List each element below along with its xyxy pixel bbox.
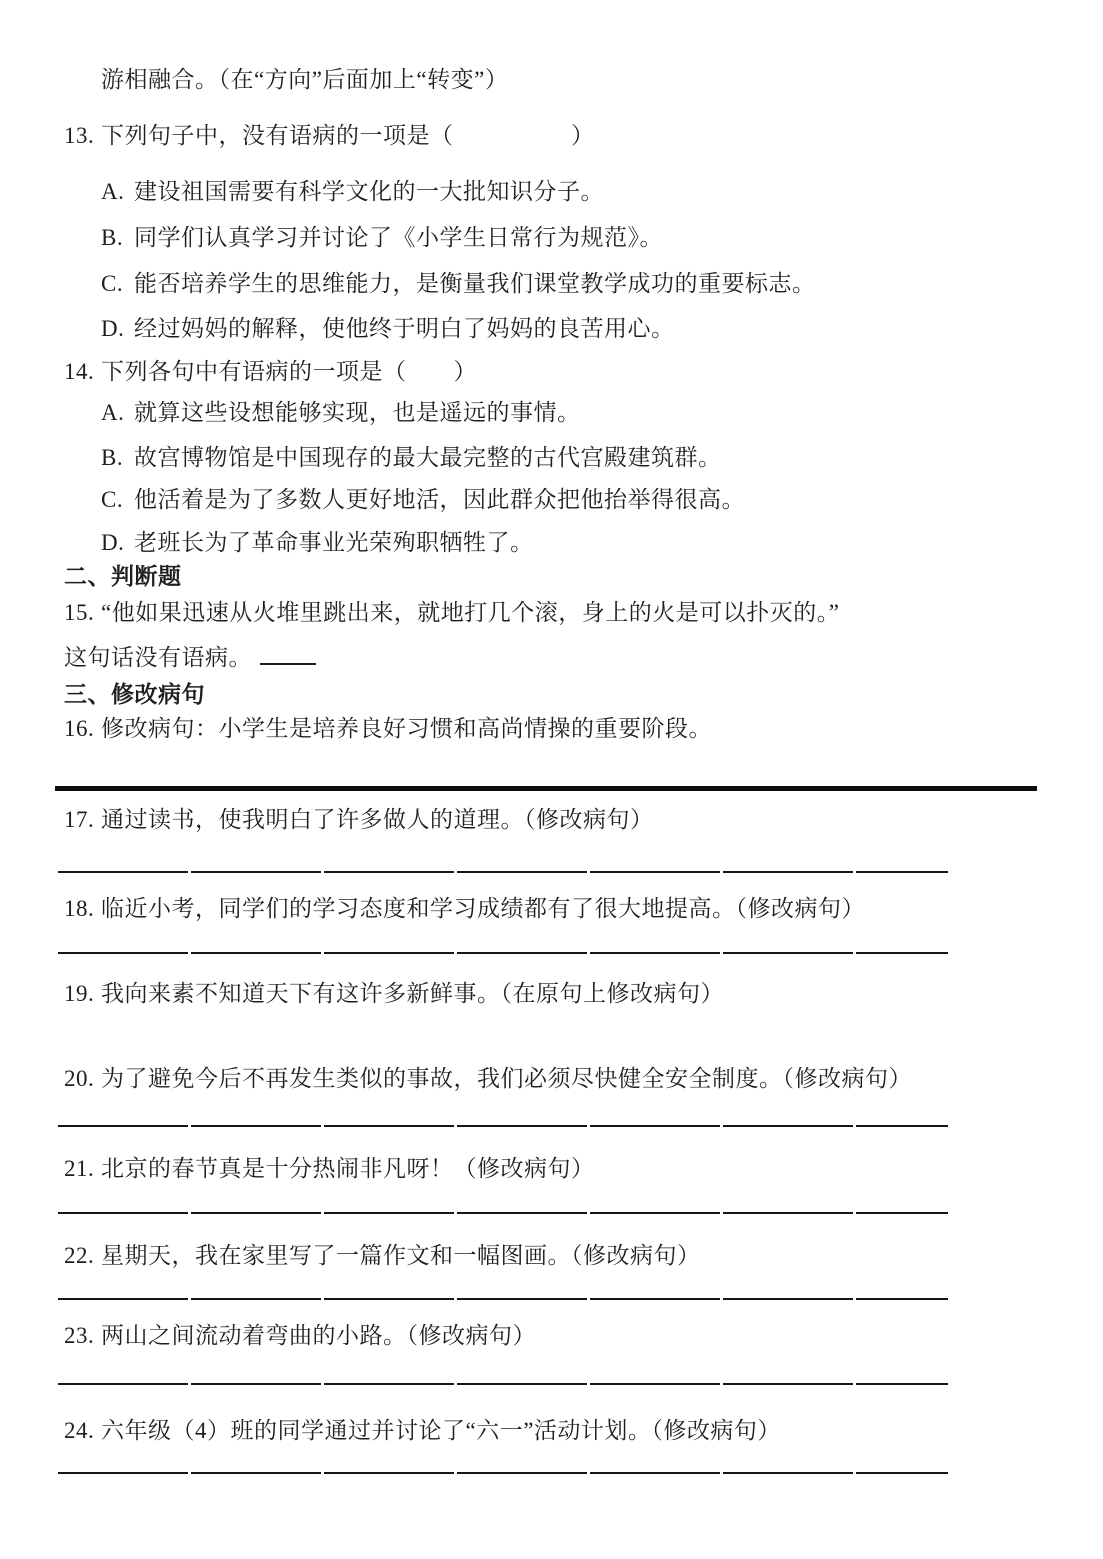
answer-blank bbox=[260, 640, 316, 665]
question-22-number: 22. bbox=[64, 1240, 101, 1272]
answer-blank-line bbox=[58, 1212, 948, 1214]
question-14-number: 14. bbox=[64, 356, 101, 388]
question-24-number: 24. bbox=[64, 1415, 101, 1447]
question-13-number: 13. bbox=[64, 120, 101, 152]
option-label: D. bbox=[101, 527, 134, 559]
question-23: 23. 两山之间流动着弯曲的小路。（修改病句） bbox=[64, 1320, 1047, 1352]
question-22: 22. 星期天，我在家里写了一篇作文和一幅图画。（修改病句） bbox=[64, 1240, 1047, 1272]
answer-blank-line bbox=[58, 1383, 948, 1385]
question-14-option-d: D. 老班长为了革命事业光荣殉职牺牲了。 bbox=[101, 527, 1047, 559]
thick-divider bbox=[55, 786, 1037, 791]
option-label: B. bbox=[101, 222, 134, 254]
question-13-stem: 下列句子中，没有语病的一项是（ ） bbox=[101, 120, 1047, 152]
question-16-text: 修改病句：小学生是培养良好习惯和高尚情操的重要阶段。 bbox=[101, 713, 1047, 745]
question-14: 14. 下列各句中有语病的一项是（ ） bbox=[64, 356, 1047, 388]
answer-blank-line bbox=[58, 1298, 948, 1300]
question-23-number: 23. bbox=[64, 1320, 101, 1352]
question-17: 17. 通过读书，使我明白了许多做人的道理。（修改病句） bbox=[64, 804, 1047, 836]
option-text: 建设祖国需要有科学文化的一大批知识分子。 bbox=[134, 176, 1047, 208]
option-label: D. bbox=[101, 313, 134, 345]
answer-blank-line bbox=[58, 1472, 948, 1474]
question-17-number: 17. bbox=[64, 804, 101, 836]
question-15-followup-text: 这句话没有语病。 bbox=[64, 645, 252, 670]
question-13-option-d: D. 经过妈妈的解释，使他终于明白了妈妈的良苦用心。 bbox=[101, 313, 1047, 345]
option-text: 就算这些设想能够实现，也是遥远的事情。 bbox=[134, 397, 1047, 429]
section-heading-correction: 三、修改病句 bbox=[64, 679, 1047, 711]
answer-blank-line bbox=[58, 1125, 948, 1127]
question-19: 19. 我向来素不知道天下有这许多新鲜事。（在原句上修改病句） bbox=[64, 978, 1047, 1010]
question-14-option-a: A. 就算这些设想能够实现，也是遥远的事情。 bbox=[101, 397, 1047, 429]
answer-blank-line bbox=[58, 952, 948, 954]
question-17-text: 通过读书，使我明白了许多做人的道理。（修改病句） bbox=[101, 804, 1047, 836]
question-19-text: 我向来素不知道天下有这许多新鲜事。（在原句上修改病句） bbox=[101, 978, 1047, 1010]
continuation-text: 游相融合。（在“方向”后面加上“转变”） bbox=[101, 64, 1047, 96]
question-13-option-c: C. 能否培养学生的思维能力，是衡量我们课堂教学成功的重要标志。 bbox=[101, 268, 1047, 300]
question-14-stem: 下列各句中有语病的一项是（ ） bbox=[101, 356, 1047, 388]
question-15: 15. “他如果迅速从火堆里跳出来，就地打几个滚，身上的火是可以扑灭的。” bbox=[64, 597, 1047, 629]
question-18-text: 临近小考，同学们的学习态度和学习成绩都有了很大地提高。（修改病句） bbox=[101, 893, 1047, 925]
question-13: 13. 下列句子中，没有语病的一项是（ ） bbox=[64, 120, 1047, 152]
answer-blank-line bbox=[58, 871, 948, 873]
question-16: 16. 修改病句：小学生是培养良好习惯和高尚情操的重要阶段。 bbox=[64, 713, 1047, 745]
question-14-option-c: C. 他活着是为了多数人更好地活，因此群众把他抬举得很高。 bbox=[101, 484, 1047, 516]
question-23-text: 两山之间流动着弯曲的小路。（修改病句） bbox=[101, 1320, 1047, 1352]
question-22-text: 星期天，我在家里写了一篇作文和一幅图画。（修改病句） bbox=[101, 1240, 1047, 1272]
option-label: C. bbox=[101, 268, 134, 300]
option-text: 老班长为了革命事业光荣殉职牺牲了。 bbox=[134, 527, 1047, 559]
question-19-number: 19. bbox=[64, 978, 101, 1010]
question-18-number: 18. bbox=[64, 893, 101, 925]
option-text: 他活着是为了多数人更好地活，因此群众把他抬举得很高。 bbox=[134, 484, 1047, 516]
section-heading-judgment: 二、判断题 bbox=[64, 561, 1047, 593]
question-24-text: 六年级（4）班的同学通过并讨论了“六一”活动计划。（修改病句） bbox=[101, 1415, 1047, 1447]
question-21-number: 21. bbox=[64, 1153, 101, 1185]
question-24: 24. 六年级（4）班的同学通过并讨论了“六一”活动计划。（修改病句） bbox=[64, 1415, 1047, 1447]
question-15-text: “他如果迅速从火堆里跳出来，就地打几个滚，身上的火是可以扑灭的。” bbox=[101, 597, 1047, 629]
option-text: 同学们认真学习并讨论了《小学生日常行为规范》。 bbox=[134, 222, 1047, 254]
option-text: 故宫博物馆是中国现存的最大最完整的古代宫殿建筑群。 bbox=[134, 442, 1047, 474]
question-18: 18. 临近小考，同学们的学习态度和学习成绩都有了很大地提高。（修改病句） bbox=[64, 893, 1047, 925]
option-label: B. bbox=[101, 442, 134, 474]
question-15-followup: 这句话没有语病。 bbox=[64, 640, 1047, 674]
question-20: 20. 为了避免今后不再发生类似的事故，我们必须尽快健全安全制度。（修改病句） bbox=[64, 1063, 1047, 1095]
question-16-number: 16. bbox=[64, 713, 101, 745]
option-label: A. bbox=[101, 397, 134, 429]
option-label: C. bbox=[101, 484, 134, 516]
option-text: 能否培养学生的思维能力，是衡量我们课堂教学成功的重要标志。 bbox=[134, 268, 1047, 300]
question-20-text: 为了避免今后不再发生类似的事故，我们必须尽快健全安全制度。（修改病句） bbox=[101, 1063, 1047, 1095]
option-text: 经过妈妈的解释，使他终于明白了妈妈的良苦用心。 bbox=[134, 313, 1047, 345]
question-14-option-b: B. 故宫博物馆是中国现存的最大最完整的古代宫殿建筑群。 bbox=[101, 442, 1047, 474]
question-15-number: 15. bbox=[64, 597, 101, 629]
question-13-option-b: B. 同学们认真学习并讨论了《小学生日常行为规范》。 bbox=[101, 222, 1047, 254]
question-21-text: 北京的春节真是十分热闹非凡呀！（修改病句） bbox=[101, 1153, 1047, 1185]
question-20-number: 20. bbox=[64, 1063, 101, 1095]
option-label: A. bbox=[101, 176, 134, 208]
question-13-option-a: A. 建设祖国需要有科学文化的一大批知识分子。 bbox=[101, 176, 1047, 208]
question-21: 21. 北京的春节真是十分热闹非凡呀！（修改病句） bbox=[64, 1153, 1047, 1185]
worksheet-page: 游相融合。（在“方向”后面加上“转变”） 13. 下列句子中，没有语病的一项是（… bbox=[0, 0, 1103, 1559]
